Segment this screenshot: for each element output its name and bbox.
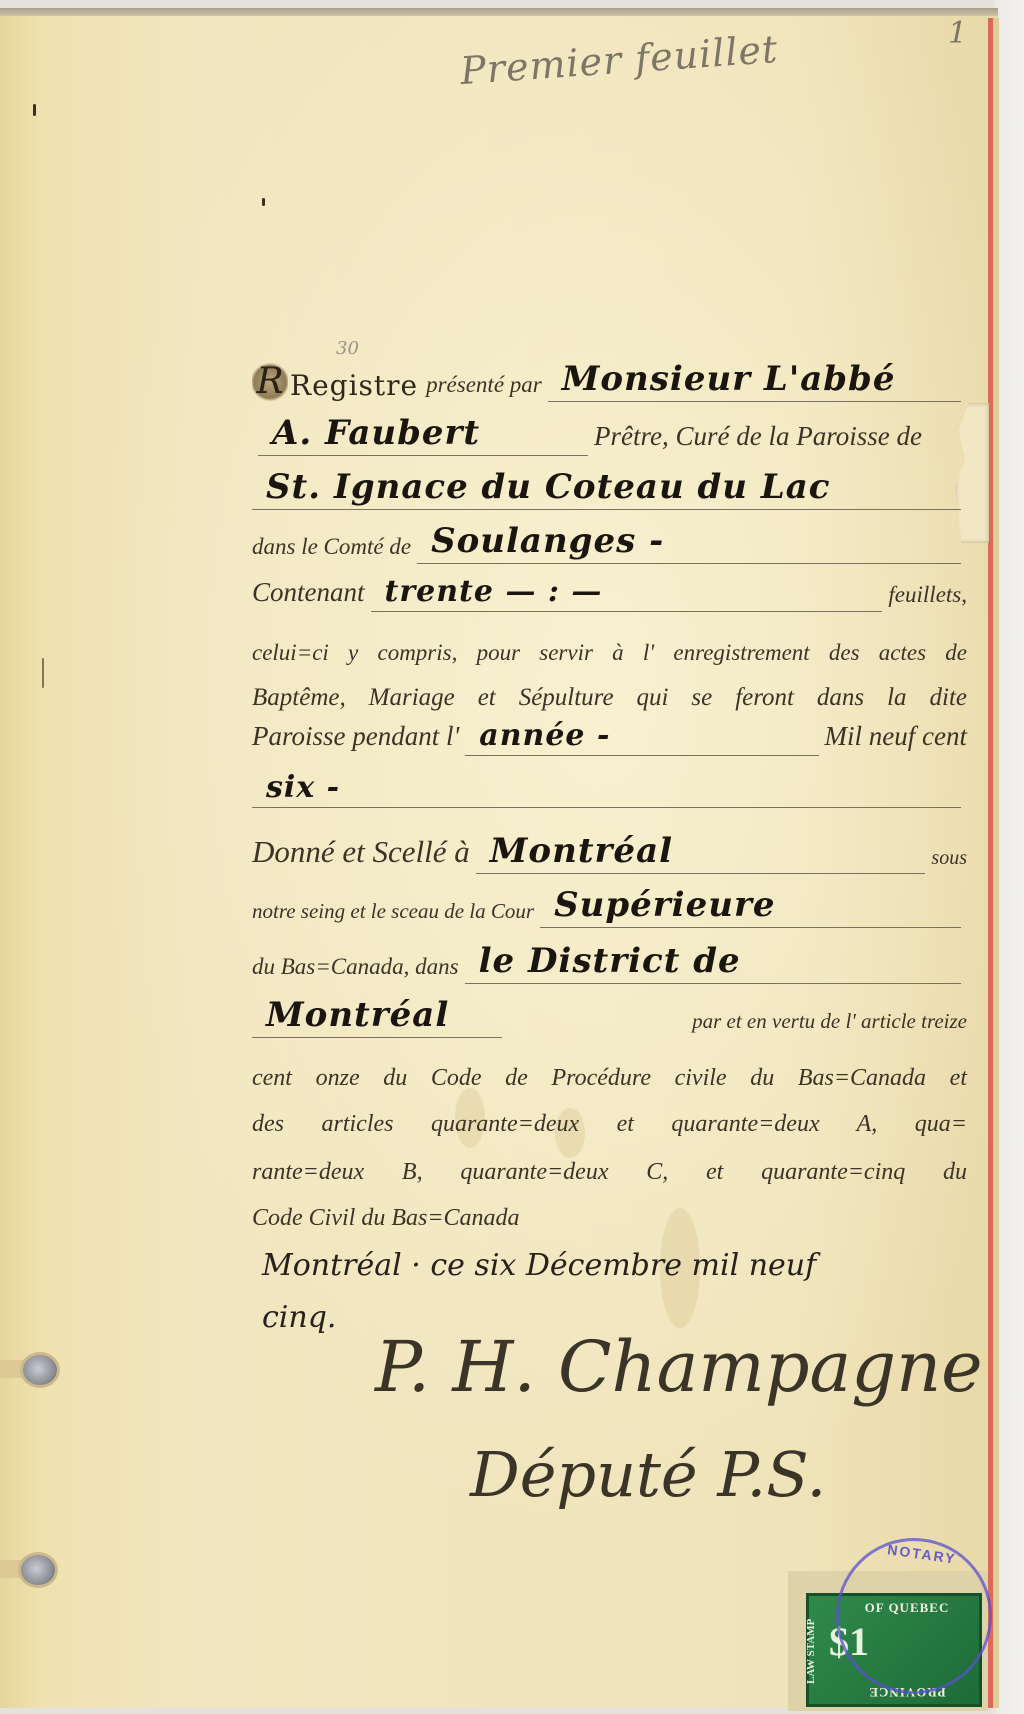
- signature-name: P. H. Champagne: [375, 1326, 983, 1408]
- line-county: dans le Comté de Soulanges -: [252, 520, 967, 564]
- line-district: du Bas=Canada, dans le District de: [252, 940, 967, 984]
- handwritten-entry: Supérieure: [540, 885, 775, 927]
- printed-text: cent onze du Code de Procédure civile du…: [252, 1065, 967, 1092]
- ink-speck: [33, 104, 36, 116]
- closing-date-line: Montréal · ce six Décembre mil neuf: [262, 1248, 816, 1283]
- line-year-cont: six -: [252, 764, 967, 808]
- printed-text: Contenant: [252, 577, 365, 612]
- printed-text: celui=ci y compris, pour servir à l' enr…: [252, 640, 967, 666]
- printed-text: Donné et Scellé à: [252, 834, 470, 874]
- ink-speck: [42, 658, 44, 688]
- line-court: notre seing et le sceau de la Cour Supér…: [252, 884, 967, 928]
- printed-text: Baptême, Mariage et Sépulture qui se fer…: [252, 684, 967, 712]
- printed-text: Code Civil du Bas=Canada: [252, 1205, 520, 1232]
- line-given-sealed: Donné et Scellé à Montréal sous: [252, 830, 967, 874]
- line-article: Montréal par et en vertu de l' article t…: [252, 994, 967, 1038]
- ink-speck: [262, 198, 265, 206]
- handwritten-entry: Montréal: [252, 995, 449, 1037]
- handwritten-entry: six -: [252, 770, 340, 807]
- printed-prefix: Registre: [256, 369, 418, 402]
- printed-text: présenté par: [426, 372, 542, 402]
- binder-ring-icon: [18, 1552, 58, 1588]
- page-top-edge: [0, 8, 998, 16]
- line-body: Code Civil du Bas=Canada: [252, 1192, 967, 1232]
- line-body: des articles quarante=deux et quarante=d…: [252, 1098, 967, 1138]
- header-note: Premier feuillet: [459, 27, 780, 93]
- scanner-background: [995, 0, 1024, 1714]
- printed-text: dans le Comté de: [252, 534, 411, 564]
- line-body: celui=ci y compris, pour servir à l' enr…: [252, 626, 967, 666]
- signature-title: Député P.S.: [470, 1438, 826, 1511]
- page-fold-edge: [993, 18, 999, 1708]
- line-body: rante=deux B, quarante=deux C, et quaran…: [252, 1146, 967, 1186]
- printed-text: feuillets,: [888, 582, 967, 612]
- line-parish: St. Ignace du Coteau du Lac: [252, 466, 967, 510]
- handwritten-entry: trente — : —: [371, 574, 603, 611]
- handwritten-entry: Montréal: [476, 831, 673, 873]
- printed-text: Mil neuf cent: [825, 721, 967, 756]
- folio-number: 1: [948, 16, 967, 51]
- line-registre: R Registre présenté par Monsieur L'abbé: [252, 358, 967, 402]
- printed-text: notre seing et le sceau de la Cour: [252, 899, 534, 928]
- line-body: cent onze du Code de Procédure civile du…: [252, 1052, 967, 1092]
- handwritten-entry: année -: [465, 718, 610, 755]
- printed-text: par et en vertu de l' article treize: [692, 1009, 967, 1038]
- printed-text: rante=deux B, quarante=deux C, et quaran…: [252, 1159, 967, 1186]
- line-priest: A. Faubert Prêtre, Curé de la Paroisse d…: [258, 412, 973, 456]
- line-year: Paroisse pendant l' année - Mil neuf cen…: [252, 712, 967, 756]
- printed-text: Paroisse pendant l': [252, 721, 459, 756]
- handwritten-entry: le District de: [465, 941, 741, 983]
- pencil-number: 30: [336, 338, 359, 359]
- register-page: Premier feuillet 1 30 R Registre présent…: [0, 8, 998, 1708]
- line-contents: Contenant trente — : — feuillets,: [252, 568, 967, 612]
- printed-text: des articles quarante=deux et quarante=d…: [252, 1111, 967, 1138]
- line-body: Baptême, Mariage et Sépulture qui se fer…: [252, 672, 967, 712]
- closing-date-line-2: cinq.: [262, 1300, 336, 1335]
- printed-text: du Bas=Canada, dans: [252, 954, 459, 984]
- handwritten-entry: St. Ignace du Coteau du Lac: [252, 467, 831, 509]
- handwritten-entry: Monsieur L'abbé: [548, 359, 896, 401]
- printed-text: Prêtre, Curé de la Paroisse de: [594, 421, 922, 456]
- binder-ring-icon: [20, 1352, 60, 1388]
- handwritten-entry: A. Faubert: [258, 413, 480, 455]
- printed-text: sous: [931, 847, 967, 874]
- handwritten-entry: Soulanges -: [417, 521, 664, 563]
